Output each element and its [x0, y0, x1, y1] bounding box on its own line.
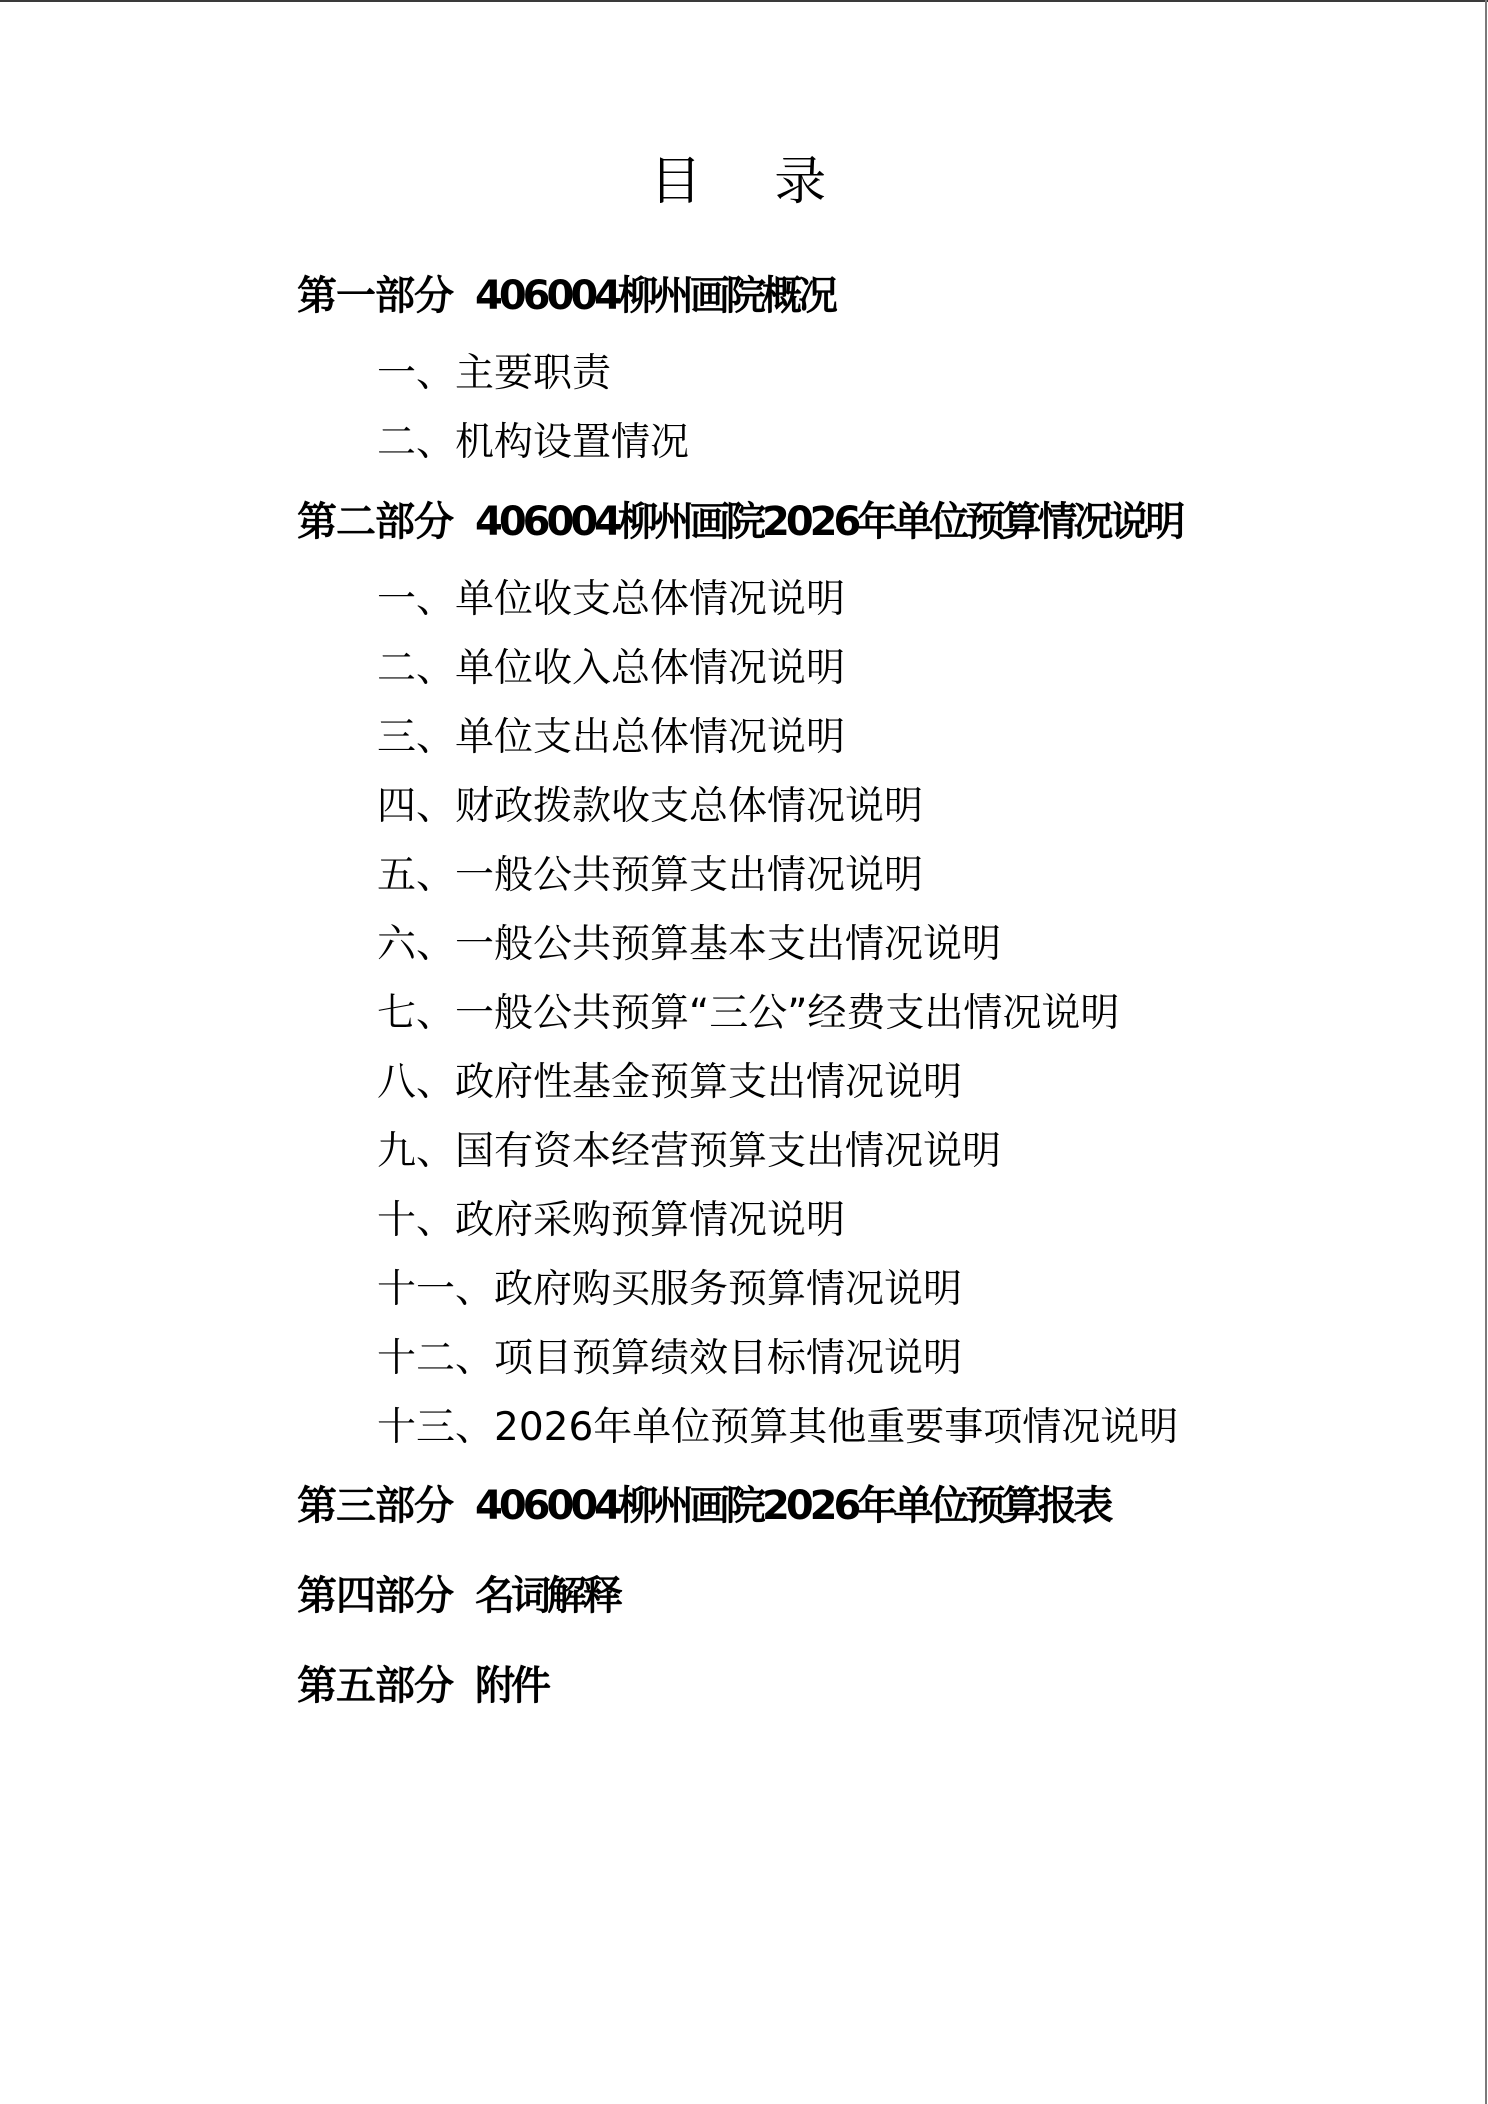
toc-part-title: 406004柳州画院概况 — [475, 273, 834, 319]
toc-item[interactable]: 一、单位收支总体情况说明 — [377, 576, 845, 624]
toc-part-title: 406004柳州画院2026年单位预算情况说明 — [475, 499, 1181, 545]
toc-item[interactable]: 二、单位收入总体情况说明 — [377, 645, 845, 693]
toc-item[interactable]: 一、主要职责 — [377, 350, 611, 398]
toc-item[interactable]: 十、政府采购预算情况说明 — [377, 1197, 845, 1245]
toc-part-title: 名词解释 — [475, 1573, 619, 1619]
toc-item[interactable]: 九、国有资本经营预算支出情况说明 — [377, 1128, 1001, 1176]
toc-item[interactable]: 二、机构设置情况 — [377, 419, 689, 467]
toc-part-4[interactable]: 第四部分名词解释 — [297, 1572, 619, 1620]
toc-item[interactable]: 十三、2026年单位预算其他重要事项情况说明 — [377, 1404, 1178, 1452]
page-border-right — [1485, 0, 1487, 2104]
toc-item[interactable]: 六、一般公共预算基本支出情况说明 — [377, 921, 1001, 969]
toc-part-title: 406004柳州画院2026年单位预算报表 — [475, 1483, 1109, 1529]
toc-part-3[interactable]: 第三部分406004柳州画院2026年单位预算报表 — [297, 1482, 1109, 1530]
toc-part-5[interactable]: 第五部分附件 — [297, 1662, 547, 1710]
page-border-top — [0, 0, 1488, 2]
toc-item[interactable]: 十二、项目预算绩效目标情况说明 — [377, 1335, 962, 1383]
toc-part-1[interactable]: 第一部分406004柳州画院概况 — [297, 272, 834, 320]
toc-item[interactable]: 四、财政拨款收支总体情况说明 — [377, 783, 923, 831]
toc-item[interactable]: 三、单位支出总体情况说明 — [377, 714, 845, 762]
toc-item[interactable]: 五、一般公共预算支出情况说明 — [377, 852, 923, 900]
toc-part-label: 第二部分 — [297, 499, 453, 545]
toc-part-label: 第三部分 — [297, 1483, 453, 1529]
toc-item[interactable]: 七、一般公共预算“三公”经费支出情况说明 — [377, 990, 1119, 1038]
toc-part-label: 第四部分 — [297, 1573, 453, 1619]
toc-part-label: 第五部分 — [297, 1663, 453, 1709]
toc-part-title: 附件 — [475, 1663, 547, 1709]
toc-part-2[interactable]: 第二部分406004柳州画院2026年单位预算情况说明 — [297, 498, 1181, 546]
toc-part-label: 第一部分 — [297, 273, 453, 319]
toc-title: 目 录 — [0, 150, 1488, 214]
toc-item[interactable]: 十一、政府购买服务预算情况说明 — [377, 1266, 962, 1314]
toc-item[interactable]: 八、政府性基金预算支出情况说明 — [377, 1059, 962, 1107]
